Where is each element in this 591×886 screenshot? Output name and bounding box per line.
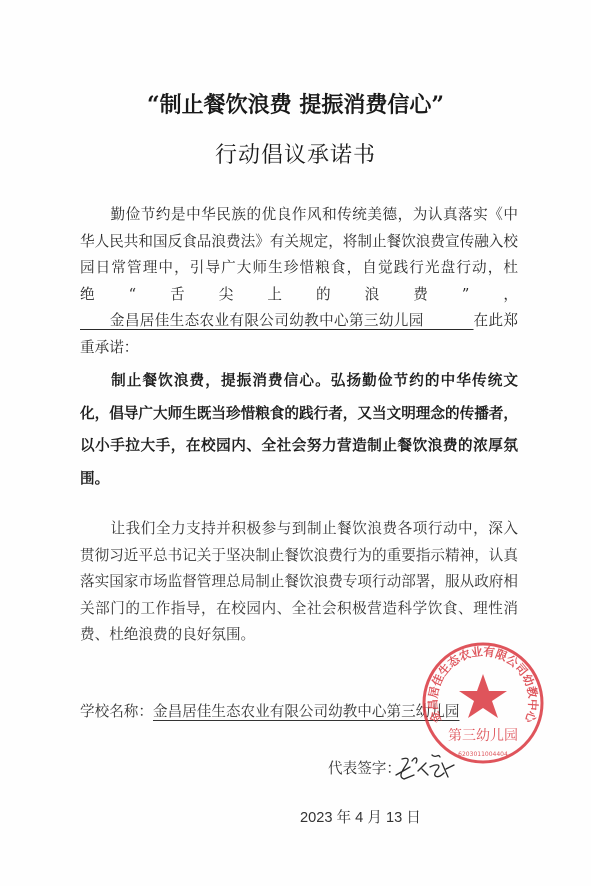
school-name-line: 学校名称：金昌居佳生态农业有限公司幼教中心第三幼儿园 [80,700,459,721]
svg-text:第三幼儿园: 第三幼儿园 [448,728,518,744]
svg-text:6203011004404: 6203011004404 [458,751,508,758]
school-name: 金昌居佳生态农业有限公司幼教中心第三幼儿园 [153,703,459,720]
commitment-text: 制止餐饮浪费，提振消费信心。弘扬勤俭节约的中华传统文化，倡导广大师生既当珍惜粮食… [80,372,518,487]
official-seal-icon: 金昌居佳生态农业有限公司幼教中心 第三幼儿园 6203011004404 [420,640,546,766]
document-subtitle: 行动倡议承诺书 [0,138,591,169]
paragraph-commitment: 制止餐饮浪费，提振消费信心。弘扬勤俭节约的中华传统文化，倡导广大师生既当珍惜粮食… [80,365,518,495]
school-label: 学校名称： [80,703,153,720]
underlined-organization: 金昌居佳生态农业有限公司幼教中心第三幼儿园 [80,312,474,329]
action-text: 让我们全力支持并积极参与到制止餐饮浪费各项行动中，深入贯彻习近平总书记关于坚决制… [80,520,518,643]
intro-text: 勤俭节约是中华民族的优良作风和传统美德，为认真落实《中华人民共和国反食品浪费法》… [80,206,518,303]
document-page: “制止餐饮浪费 提振消费信心” 行动倡议承诺书 勤俭节约是中华民族的优良作风和传… [0,0,591,886]
document-date: 2023 年 4 月 13 日 [300,806,421,827]
signature-line: 代表签字： [328,757,401,778]
paragraph-action: 让我们全力支持并积极参与到制止餐饮浪费各项行动中，深入贯彻习近平总书记关于坚决制… [80,516,518,649]
paragraph-intro: 勤俭节约是中华民族的优良作风和传统美德，为认真落实《中华人民共和国反食品浪费法》… [80,202,518,361]
signature-label: 代表签字： [328,760,401,777]
document-title: “制止餐饮浪费 提振消费信心” [0,88,591,119]
